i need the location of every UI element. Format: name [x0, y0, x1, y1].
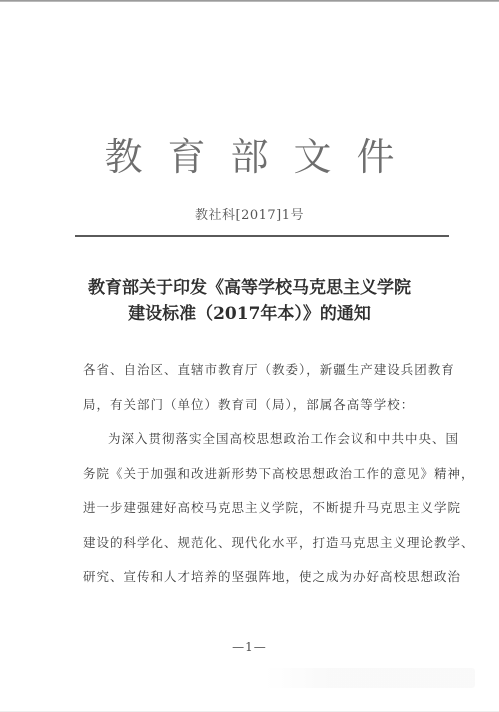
body-line: 建设的科学化、规范化、现代化水平，打造马克思主义理论教学、: [83, 533, 428, 568]
issuer-title: 教 育 部 文 件: [105, 134, 395, 180]
body-line: 务院《关于加强和改进新形势下高校思想政治工作的意见》精神，: [83, 464, 428, 499]
body-line: 局，有关部门（单位）教育司（局），部属各高等学校：: [83, 395, 428, 430]
body-line: 为深入贯彻落实全国高校思想政治工作会议和中共中央、国: [83, 429, 428, 464]
document-body: 各省、自治区、直辖市教育厅（教委），新疆生产建设兵团教育 局，有关部门（单位）教…: [83, 360, 428, 602]
faint-watermark: [265, 668, 475, 688]
notice-title: 教育部关于印发《高等学校马克思主义学院 建设标准（2017年本）》的通知: [0, 275, 499, 327]
page-number: —1—: [0, 640, 499, 654]
body-line: 进一步建强建好高校马克思主义学院，不断提升马克思主义学院: [83, 498, 428, 533]
header-divider: [75, 235, 449, 237]
document-header: 教 育 部 文 件: [0, 134, 499, 180]
issuer-title-char: 部: [230, 134, 268, 180]
body-line: 各省、自治区、直辖市教育厅（教委），新疆生产建设兵团教育: [83, 360, 428, 395]
document-number: 教社科[2017]1号: [0, 204, 499, 223]
document-page: 教 育 部 文 件 教社科[2017]1号 教育部关于印发《高等学校马克思主义学…: [0, 0, 499, 712]
issuer-title-char: 文: [293, 134, 331, 180]
notice-title-line-2: 建设标准（2017年本）》的通知: [0, 301, 499, 327]
notice-title-line-1: 教育部关于印发《高等学校马克思主义学院: [0, 275, 499, 301]
issuer-title-char: 教: [105, 134, 143, 180]
issuer-title-char: 育: [167, 134, 205, 180]
body-line: 研究、宣传和人才培养的坚强阵地，使之成为办好高校思想政治: [83, 567, 428, 602]
issuer-title-char: 件: [356, 134, 394, 180]
